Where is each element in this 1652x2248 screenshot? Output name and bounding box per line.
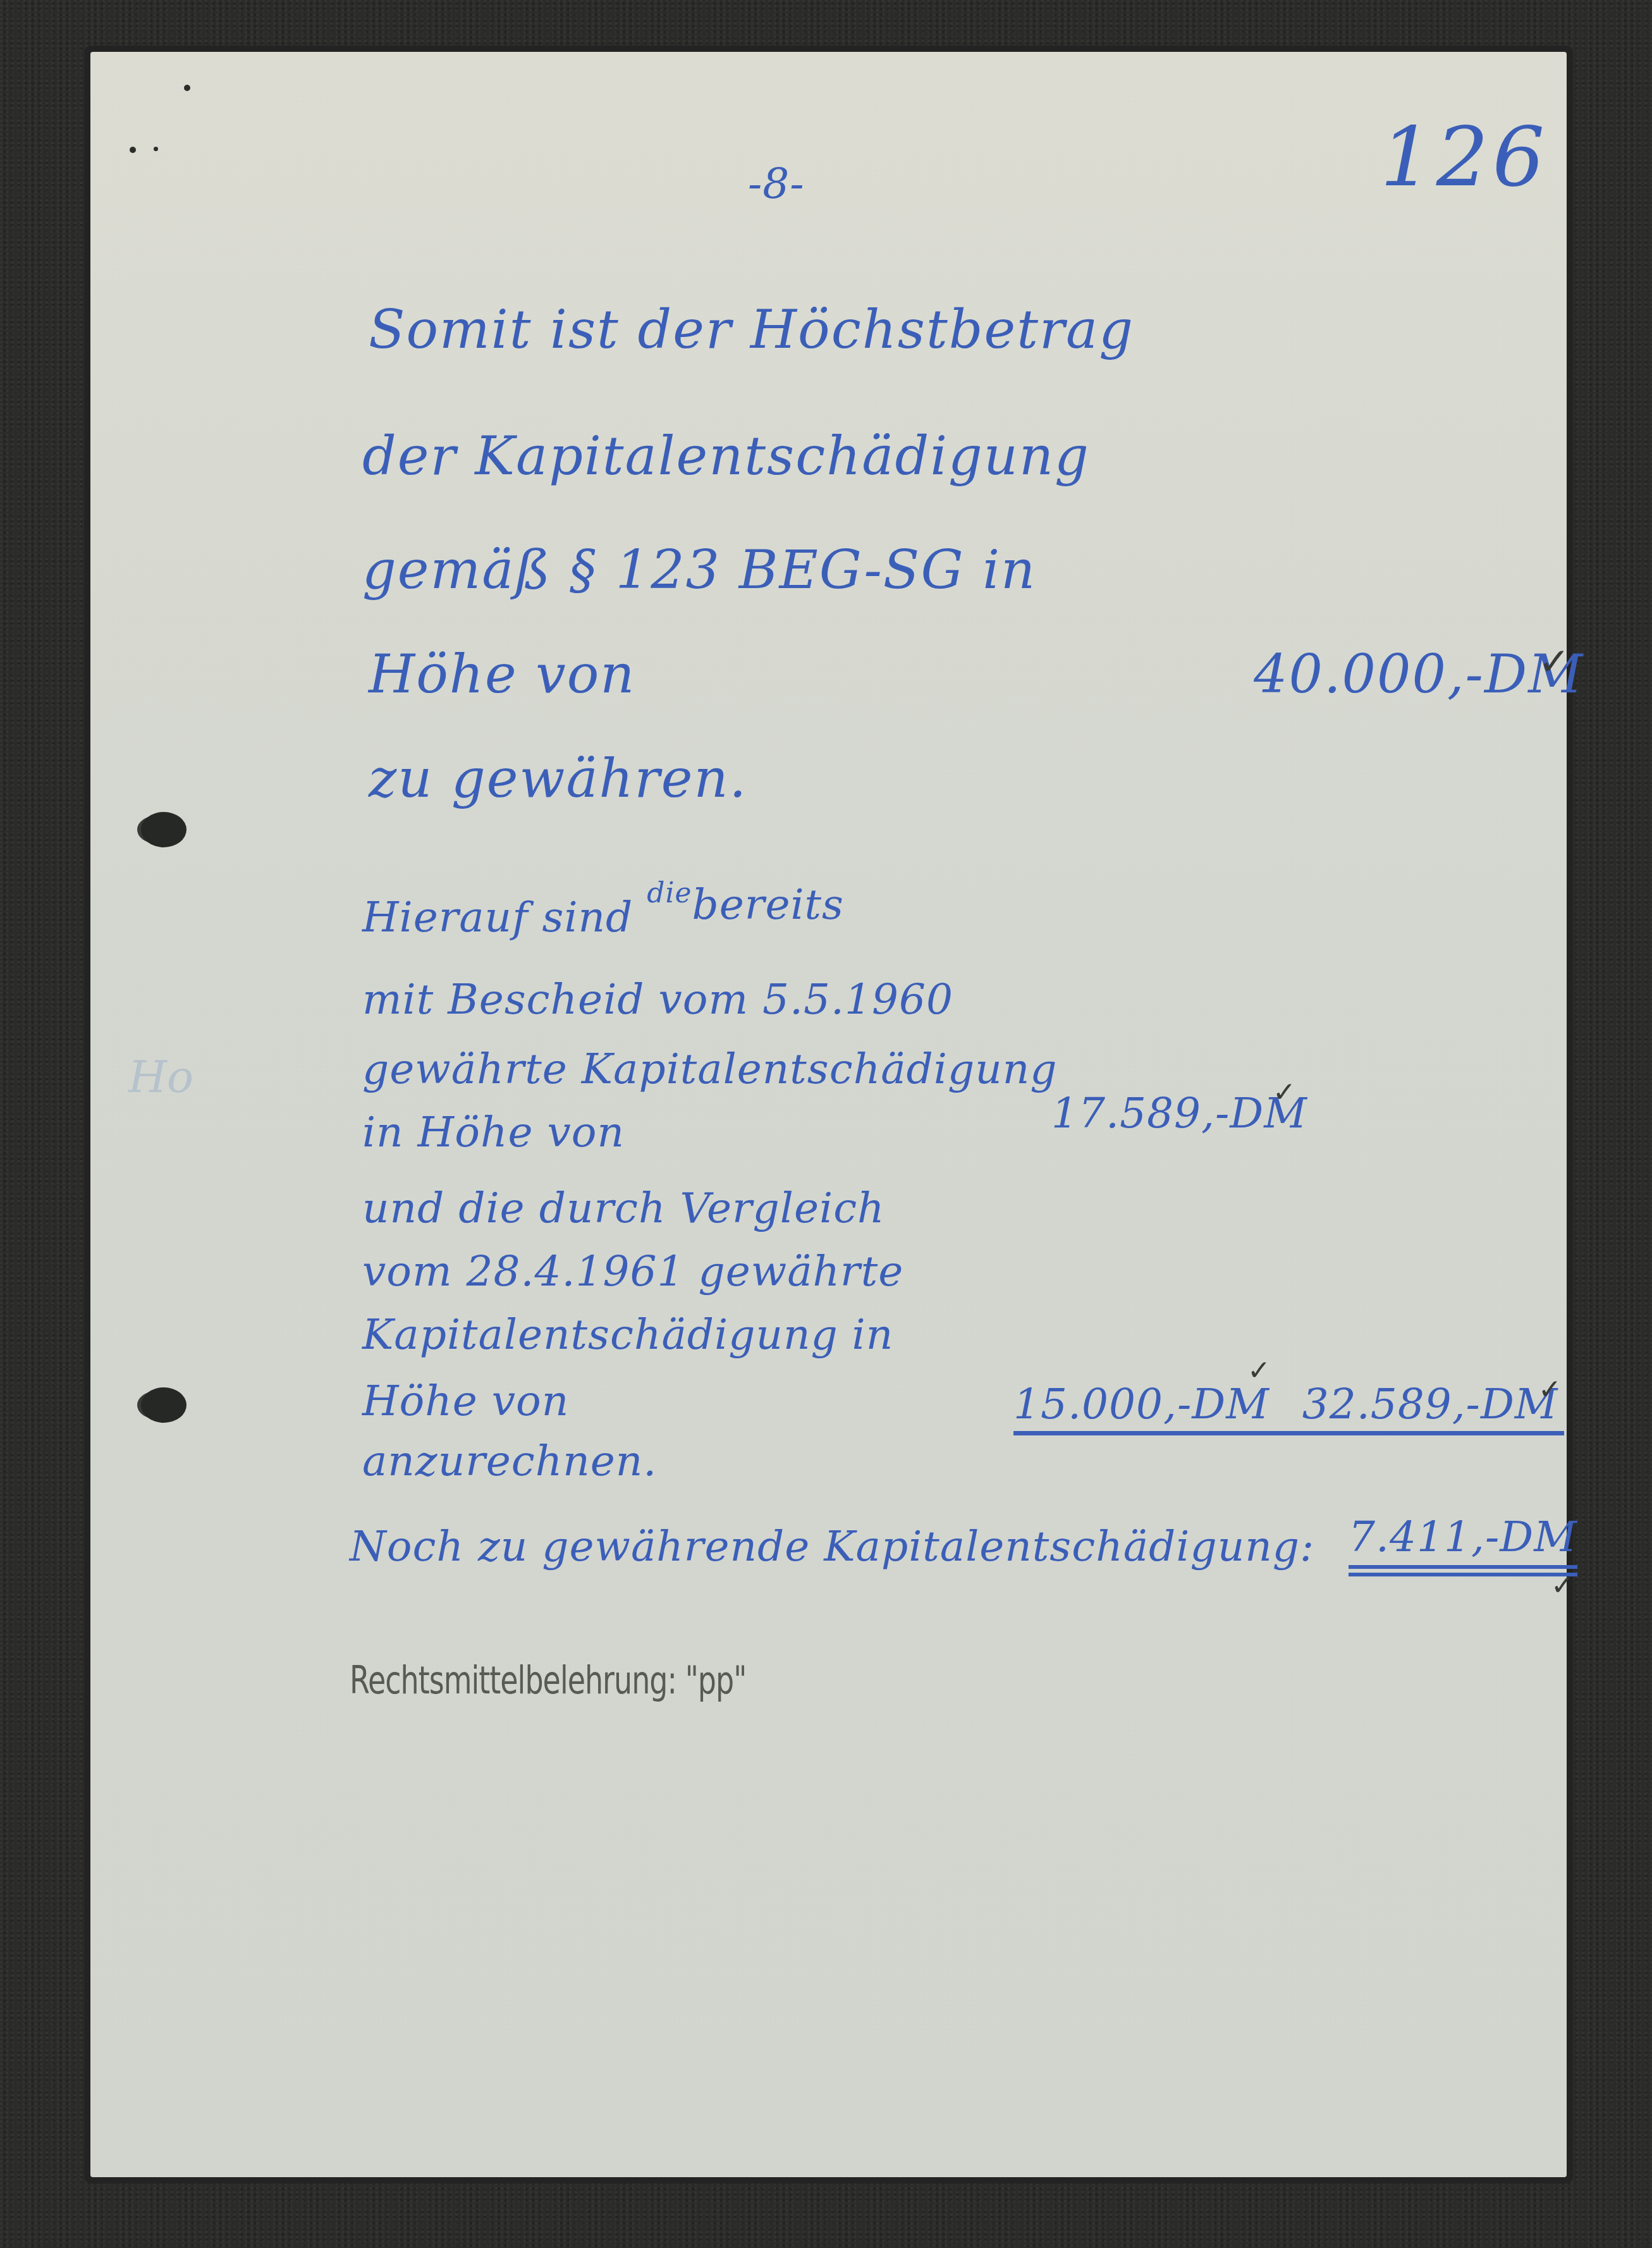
faint-margin-mark: Ho: [128, 1051, 193, 1103]
check-mark-icon: ✓: [1551, 1569, 1574, 1602]
text-line: gemäß § 123 BEG-SG in: [362, 539, 1036, 601]
remaining-label: Noch zu gewährende Kapitalentschädigung:: [350, 1522, 1314, 1571]
check-mark-icon: ✓: [1247, 1354, 1271, 1387]
check-mark-icon: ✓: [1538, 1373, 1562, 1406]
paper-speck: [154, 147, 158, 151]
legal-remedy-note: Rechtsmittelbelehrung: "pp": [350, 1658, 746, 1702]
text-line: vom 28.4.1961 gewährte: [362, 1247, 903, 1296]
punch-hole-top: [141, 812, 187, 847]
text-line: gewährte Kapitalentschädigung: [362, 1045, 1057, 1093]
amount-1960: 17.589,-DM: [1051, 1089, 1307, 1138]
amount-max: 40.000,-DM: [1254, 643, 1584, 705]
punch-hole-bottom: [141, 1387, 187, 1423]
page-marker: -8-: [748, 159, 805, 208]
check-mark-icon: ✓: [1273, 1076, 1296, 1109]
text-line: anzurechnen.: [362, 1437, 657, 1485]
text-fragment: Hierauf sind: [362, 893, 633, 942]
check-mark-icon: ✓: [1538, 640, 1570, 684]
text-line: zu gewähren.: [369, 747, 747, 809]
amount-1961: 15.000,-DM: [1013, 1380, 1270, 1428]
amount-total-credited: 32.589,-DM: [1302, 1380, 1558, 1428]
remaining-amount: 7.411,-DM: [1349, 1513, 1577, 1576]
text-line: Somit ist der Höchstbetrag: [369, 298, 1134, 360]
folio-number: 126: [1380, 109, 1548, 205]
paper-speck: [130, 147, 136, 153]
text-line: Kapitalentschädigung in: [362, 1310, 893, 1359]
insertion-text: die: [647, 877, 692, 909]
text-line: Höhe von: [362, 1377, 569, 1425]
text-line: und die durch Vergleich: [362, 1184, 885, 1232]
text-line: der Kapitalentschädigung: [362, 425, 1090, 487]
text-line: mit Bescheid vom 5.5.1960: [362, 975, 953, 1024]
text-line: Höhe von: [369, 643, 635, 705]
paper-speck: [184, 85, 190, 91]
text-line: Hierauf sind diebereits: [362, 893, 844, 942]
subtotal-amounts: 15.000,-DM 32.589,-DM: [1013, 1380, 1564, 1435]
text-fragment: bereits: [692, 880, 844, 929]
document-page: -8- 126 Somit ist der Höchstbetrag der K…: [90, 52, 1567, 2177]
text-line: in Höhe von: [362, 1108, 625, 1157]
